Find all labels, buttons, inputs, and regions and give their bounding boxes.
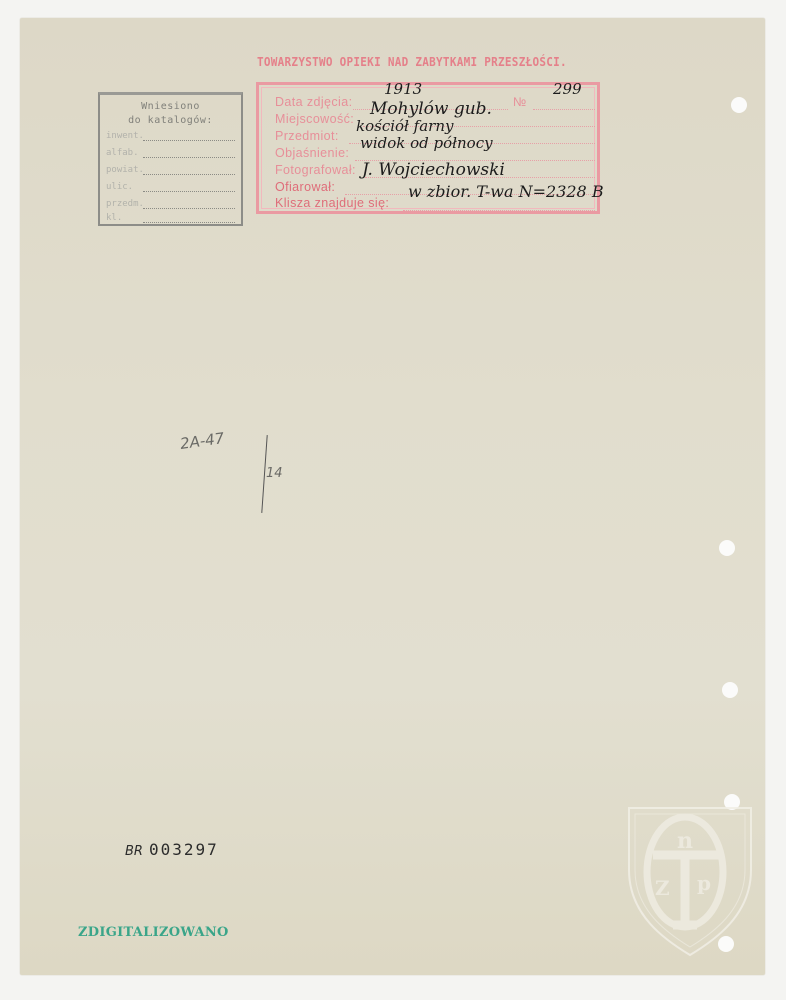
shield-monogram-icon: n Z p bbox=[625, 800, 755, 960]
catalog-stamp: Wniesiono do katalogów: inwent. alfab. p… bbox=[98, 92, 243, 226]
svg-text:n: n bbox=[677, 828, 693, 854]
number-label: № bbox=[513, 95, 527, 109]
handwritten-object: kościół farny bbox=[356, 117, 453, 135]
handwritten-photographer: J. Wojciechowski bbox=[362, 160, 505, 180]
svg-text:p: p bbox=[697, 871, 711, 895]
catalog-row: alfab. bbox=[106, 148, 235, 160]
field-label: Data zdjęcia: bbox=[275, 95, 352, 109]
catalog-row: powiat. bbox=[106, 165, 235, 177]
catalog-row: przedm. bbox=[106, 199, 235, 211]
svg-text:Z: Z bbox=[655, 876, 670, 900]
handwritten-place: Mohylów gub. bbox=[370, 99, 492, 119]
handwritten-number: 299 bbox=[553, 80, 582, 98]
handwritten-negative: w zbior. T-wa N=2328 B bbox=[408, 182, 604, 201]
punch-hole bbox=[719, 540, 735, 556]
catalog-row: kl. bbox=[106, 213, 235, 225]
catalog-row: inwent. bbox=[106, 131, 235, 143]
pencil-note-number: 14 bbox=[266, 466, 283, 481]
handwritten-date: 1913 bbox=[384, 80, 422, 98]
digitized-stamp: ZDIGITALIZOWANO bbox=[78, 925, 229, 940]
handwritten-description: widok od północy bbox=[360, 134, 493, 152]
catalog-row: ulic. bbox=[106, 182, 235, 194]
inventory-number: BR003297 bbox=[125, 840, 219, 859]
punch-hole bbox=[731, 97, 747, 113]
punch-hole bbox=[722, 682, 738, 698]
society-header: TOWARZYSTWO OPIEKI NAD ZABYTKAMI PRZESZŁ… bbox=[257, 54, 567, 69]
